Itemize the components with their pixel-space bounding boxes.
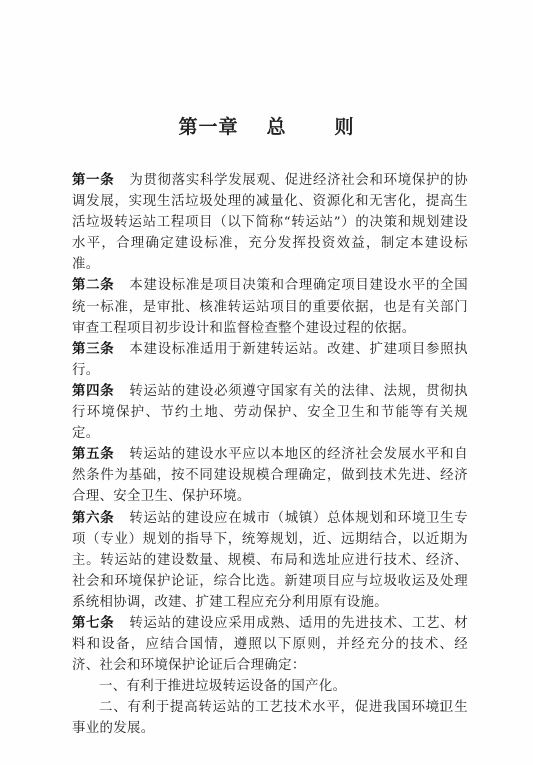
principle-item-1: 一、有利于推进垃圾转运设备的国产化。	[72, 676, 468, 697]
chapter-body: 第一条为贯彻落实科学发展观、促进经济社会和环境保护的协调发展，实现生活垃圾处理的…	[72, 170, 468, 740]
article-3: 第三条本建设标准适用于新建转运站。改建、扩建项目参照执行。	[72, 339, 468, 381]
article-text: 本建设标准适用于新建转运站。改建、扩建项目参照执行。	[72, 342, 468, 378]
article-text: 本建设标准是项目决策和合理确定项目建设水平的全国统一标准，是审批、核准转运站项目…	[72, 278, 468, 335]
chapter-title-part-1: 总	[266, 112, 286, 139]
article-number: 第三条	[72, 342, 114, 357]
article-number: 第四条	[72, 384, 114, 399]
article-number: 第一条	[72, 173, 114, 188]
article-text: 转运站的建设水平应以本地区的经济社会发展水平和自然条件为基础，按不同建设规模合理…	[72, 447, 468, 504]
article-5: 第五条转运站的建设水平应以本地区的经济社会发展水平和自然条件为基础，按不同建设规…	[72, 444, 468, 507]
page-number: · 1 ·	[425, 700, 463, 714]
article-number: 第七条	[72, 616, 114, 631]
article-number: 第二条	[72, 278, 114, 293]
document-page: 第一章总则 第一条为贯彻落实科学发展观、促进经济社会和环境保护的协调发展，实现生…	[0, 0, 533, 765]
article-2: 第二条本建设标准是项目决策和合理确定项目建设水平的全国统一标准，是审批、核准转运…	[72, 275, 468, 338]
article-text: 转运站的建设应采用成熟、适用的先进技术、工艺、材料和设备，应结合国情，遵照以下原…	[72, 616, 468, 673]
article-text: 转运站的建设应在城市（城镇）总体规划和环境卫生专项（专业）规划的指导下，统筹规划…	[72, 511, 468, 610]
article-number: 第六条	[72, 511, 114, 526]
chapter-title: 第一章总则	[0, 112, 533, 139]
article-text: 转运站的建设必须遵守国家有关的法律、法规，贯彻执行环境保护、节约土地、劳动保护、…	[72, 384, 468, 441]
principle-item-2: 二、有利于提高转运站的工艺技术水平，促进我国环境卫生事业的发展。	[72, 697, 468, 739]
article-6: 第六条转运站的建设应在城市（城镇）总体规划和环境卫生专项（专业）规划的指导下，统…	[72, 508, 468, 613]
article-text: 为贯彻落实科学发展观、促进经济社会和环境保护的协调发展，实现生活垃圾处理的减量化…	[72, 173, 468, 272]
article-1: 第一条为贯彻落实科学发展观、促进经济社会和环境保护的协调发展，实现生活垃圾处理的…	[72, 170, 468, 275]
article-4: 第四条转运站的建设必须遵守国家有关的法律、法规，贯彻执行环境保护、节约土地、劳动…	[72, 381, 468, 444]
chapter-title-part-2: 则	[335, 112, 355, 139]
article-number: 第五条	[72, 447, 114, 462]
article-7: 第七条转运站的建设应采用成熟、适用的先进技术、工艺、材料和设备，应结合国情，遵照…	[72, 613, 468, 676]
chapter-number: 第一章	[178, 112, 238, 139]
